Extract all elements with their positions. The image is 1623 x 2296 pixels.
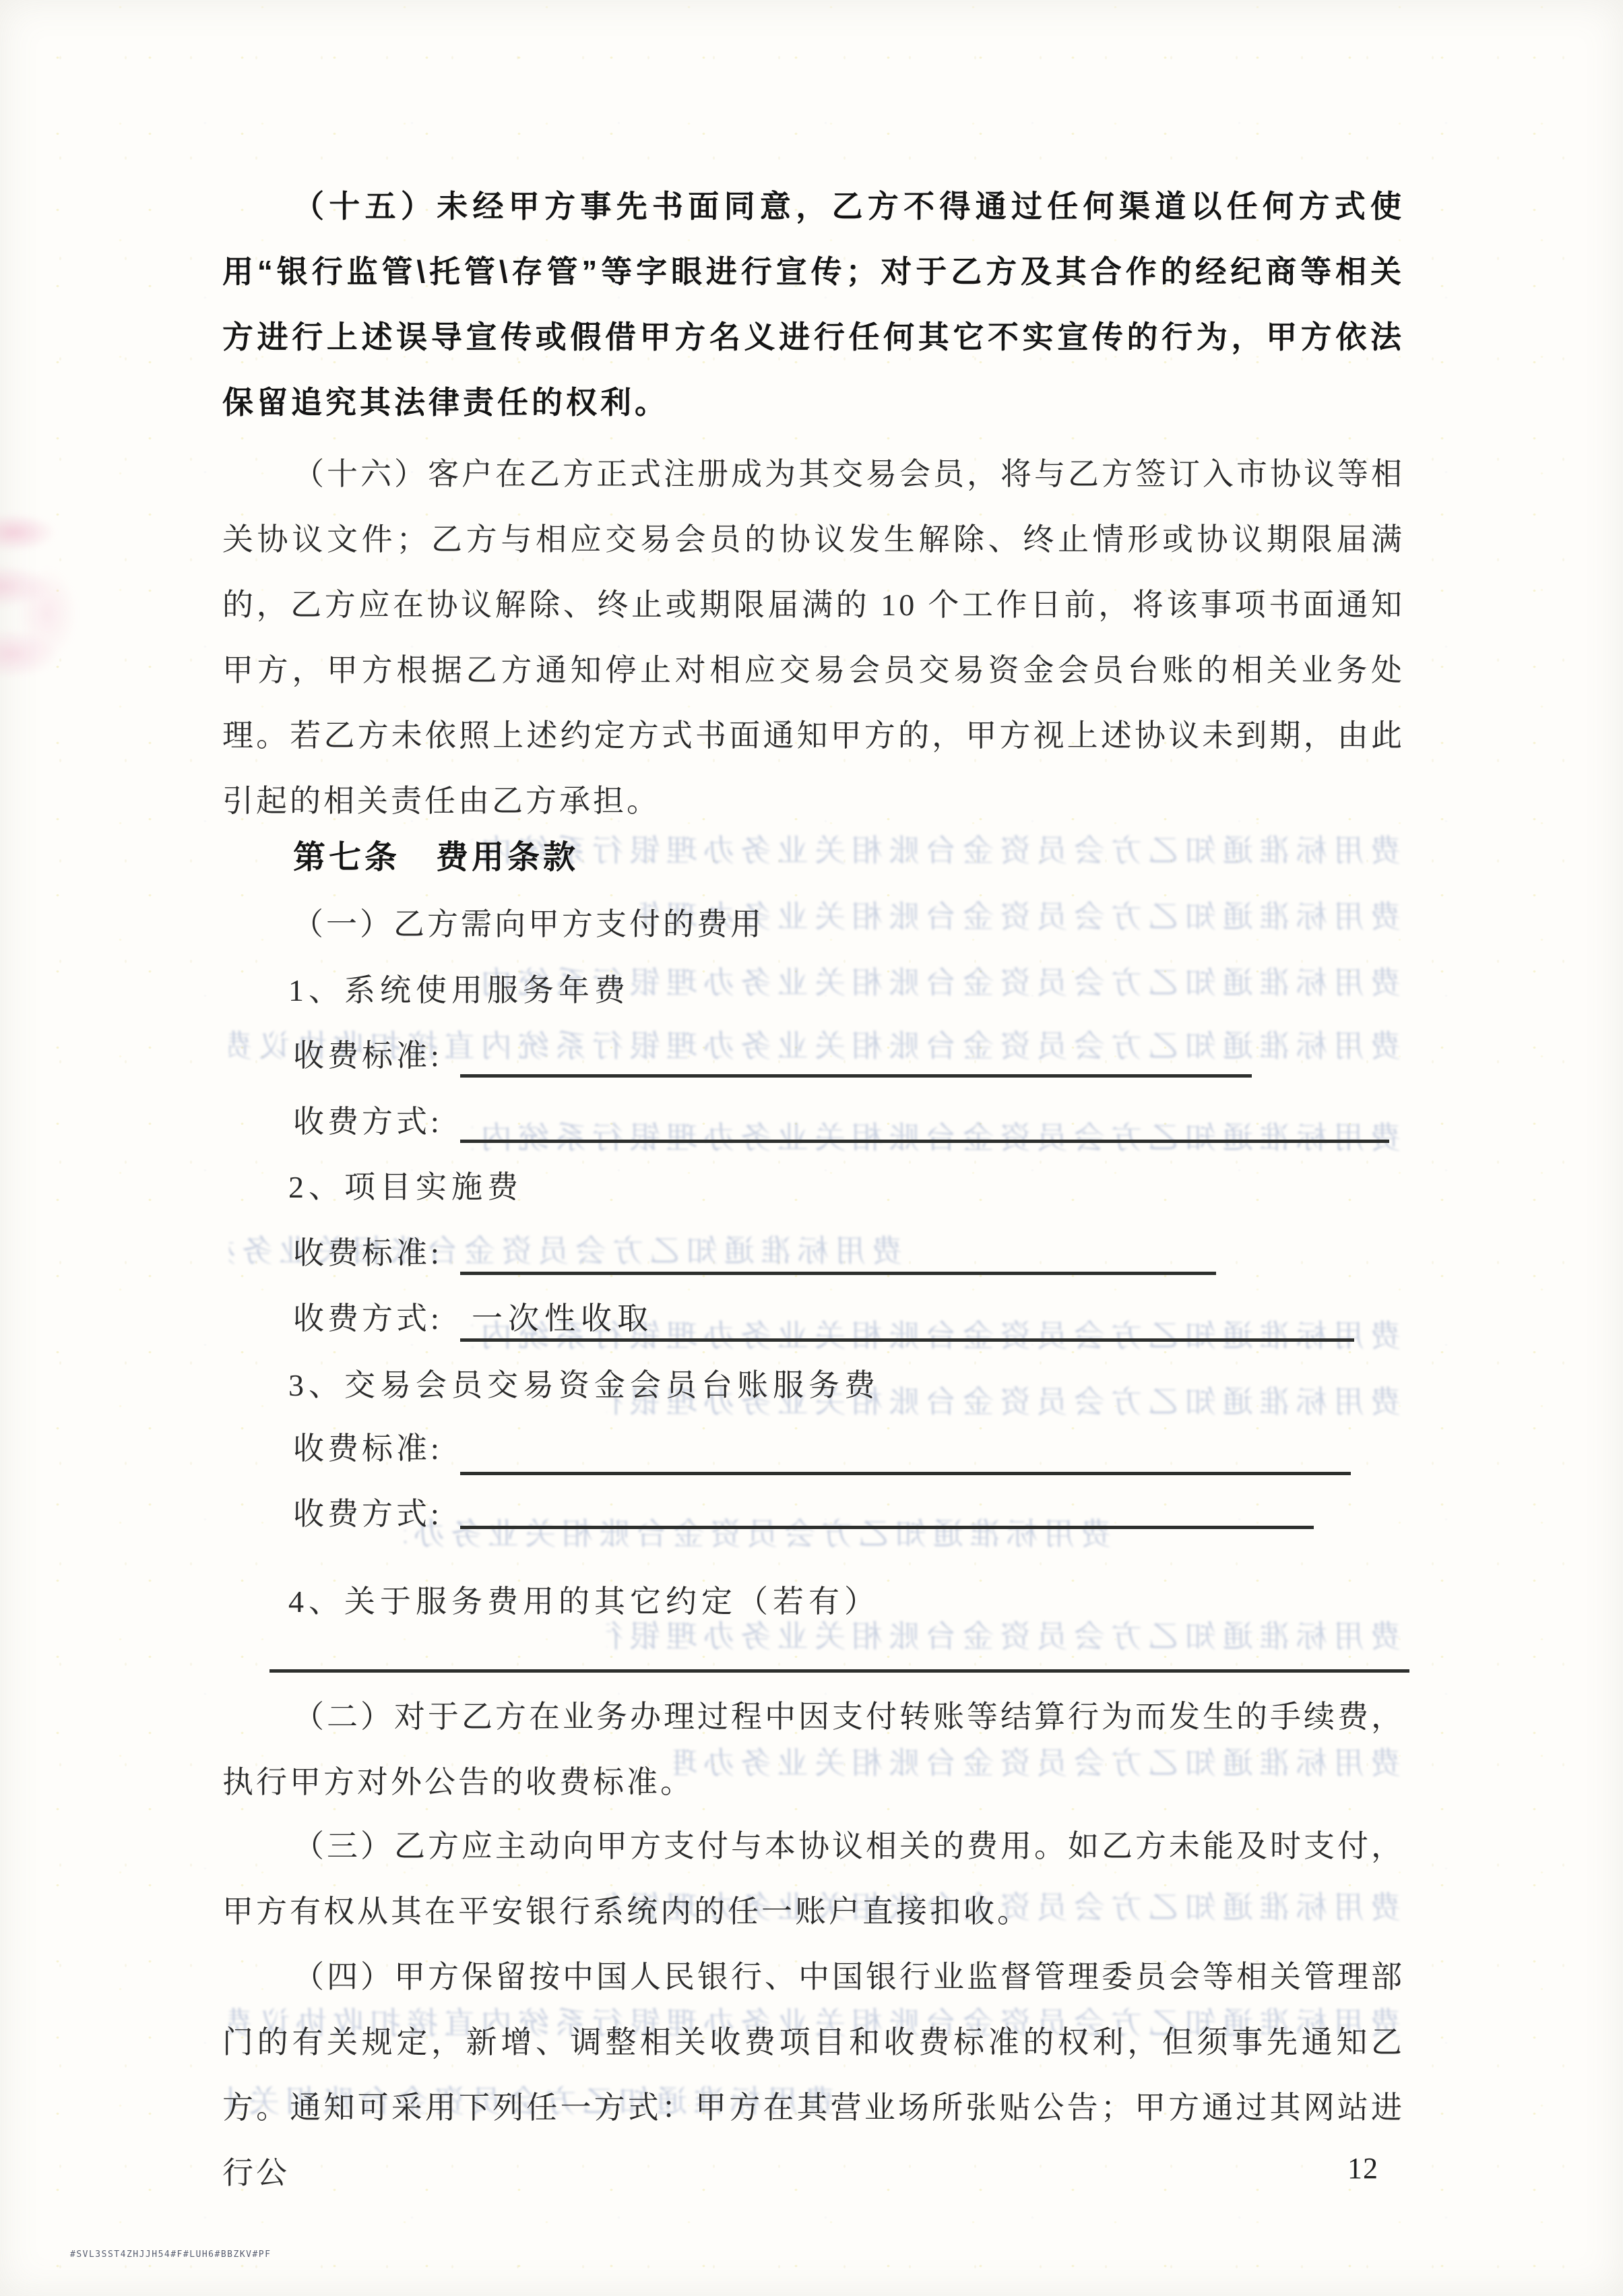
fee-method-blank-line [460,1140,1389,1143]
fee-item-1-title: 1、系统使用服务年费 [288,970,630,1011]
page-number: 12 [1347,2151,1378,2185]
fee-method-value: 一次性收取 [472,1299,654,1339]
fee-item-4-title: 4、关于服务费用的其它约定（若有） [288,1582,880,1622]
bleedthrough-text: 费用标准通知乙方会员资金台账相关业务办理银行系统内直接扣收协议费用条款收费标准方… [404,1514,1112,1557]
article-7-heading: 第七条 费用条款 [293,838,579,878]
fee-method-blank-line [460,1338,1354,1342]
fee-standard-label: 收费标准: [293,1233,443,1274]
fee-standard-blank-line [460,1074,1252,1078]
fee-standard-label: 收费标准: [293,1429,443,1469]
section-1-title: （一）乙方需向甲方支付的费用 [292,904,764,945]
fee-method-label: 收费方式: [293,1299,443,1339]
bleedthrough-text: 费用标准通知乙方会员资金台账相关业务办理银行系统内直接扣收协议费用条款收费标准方… [472,1117,1401,1160]
bleedthrough-text: 费用标准通知乙方会员资金台账相关业务办理银行系统内直接扣收协议费用条款收费标准方… [472,830,1401,873]
bleedthrough-text: 费用标准通知乙方会员资金台账相关业务办理银行系统内直接扣收协议费用条款收费标准方… [606,1616,1401,1659]
clause-3-paragraph: （三）乙方应主动向甲方支付与本协议相关的费用。如乙方未能及时支付，甲方有权从其在… [222,1813,1405,1944]
fee-standard-blank-line [460,1472,1351,1475]
fee-item-2-title: 2、项目实施费 [288,1167,523,1208]
stamp-bleedthrough [0,485,128,714]
clause-16-paragraph: （十六）客户在乙方正式注册成为其交易会员，将与乙方签订入市协议等相关协议文件；乙… [222,441,1405,834]
scanner-code-text: #SVL3SST4ZHJJH54#F#LUH6#BBZKV#PF [70,2250,271,2260]
fee-item-3-title: 3、交易会员交易资金会员台账服务费 [288,1365,880,1406]
fee-method-label: 收费方式: [293,1102,443,1142]
scanned-contract-page: 费用标准通知乙方会员资金台账相关业务办理银行系统内直接扣收协议费用条款收费标准方… [0,0,1623,2296]
clause-15-paragraph: （十五）未经甲方事先书面同意，乙方不得通过任何渠道以任何方式使用“银行监管\托管… [222,174,1405,435]
clause-4-paragraph: （四）甲方保留按中国人民银行、中国银行业监督管理委员会等相关管理部门的有关规定，… [222,1944,1405,2206]
fee-standard-label: 收费标准: [293,1036,443,1076]
fee-method-blank-line [460,1526,1314,1529]
fee-standard-blank-line [460,1272,1216,1275]
fee-method-label: 收费方式: [293,1494,443,1534]
fee-other-blank-line [269,1669,1409,1673]
clause-2-paragraph: （二）对于乙方在业务办理过程中因支付转账等结算行为而发生的手续费，执行甲方对外公… [222,1684,1405,1815]
